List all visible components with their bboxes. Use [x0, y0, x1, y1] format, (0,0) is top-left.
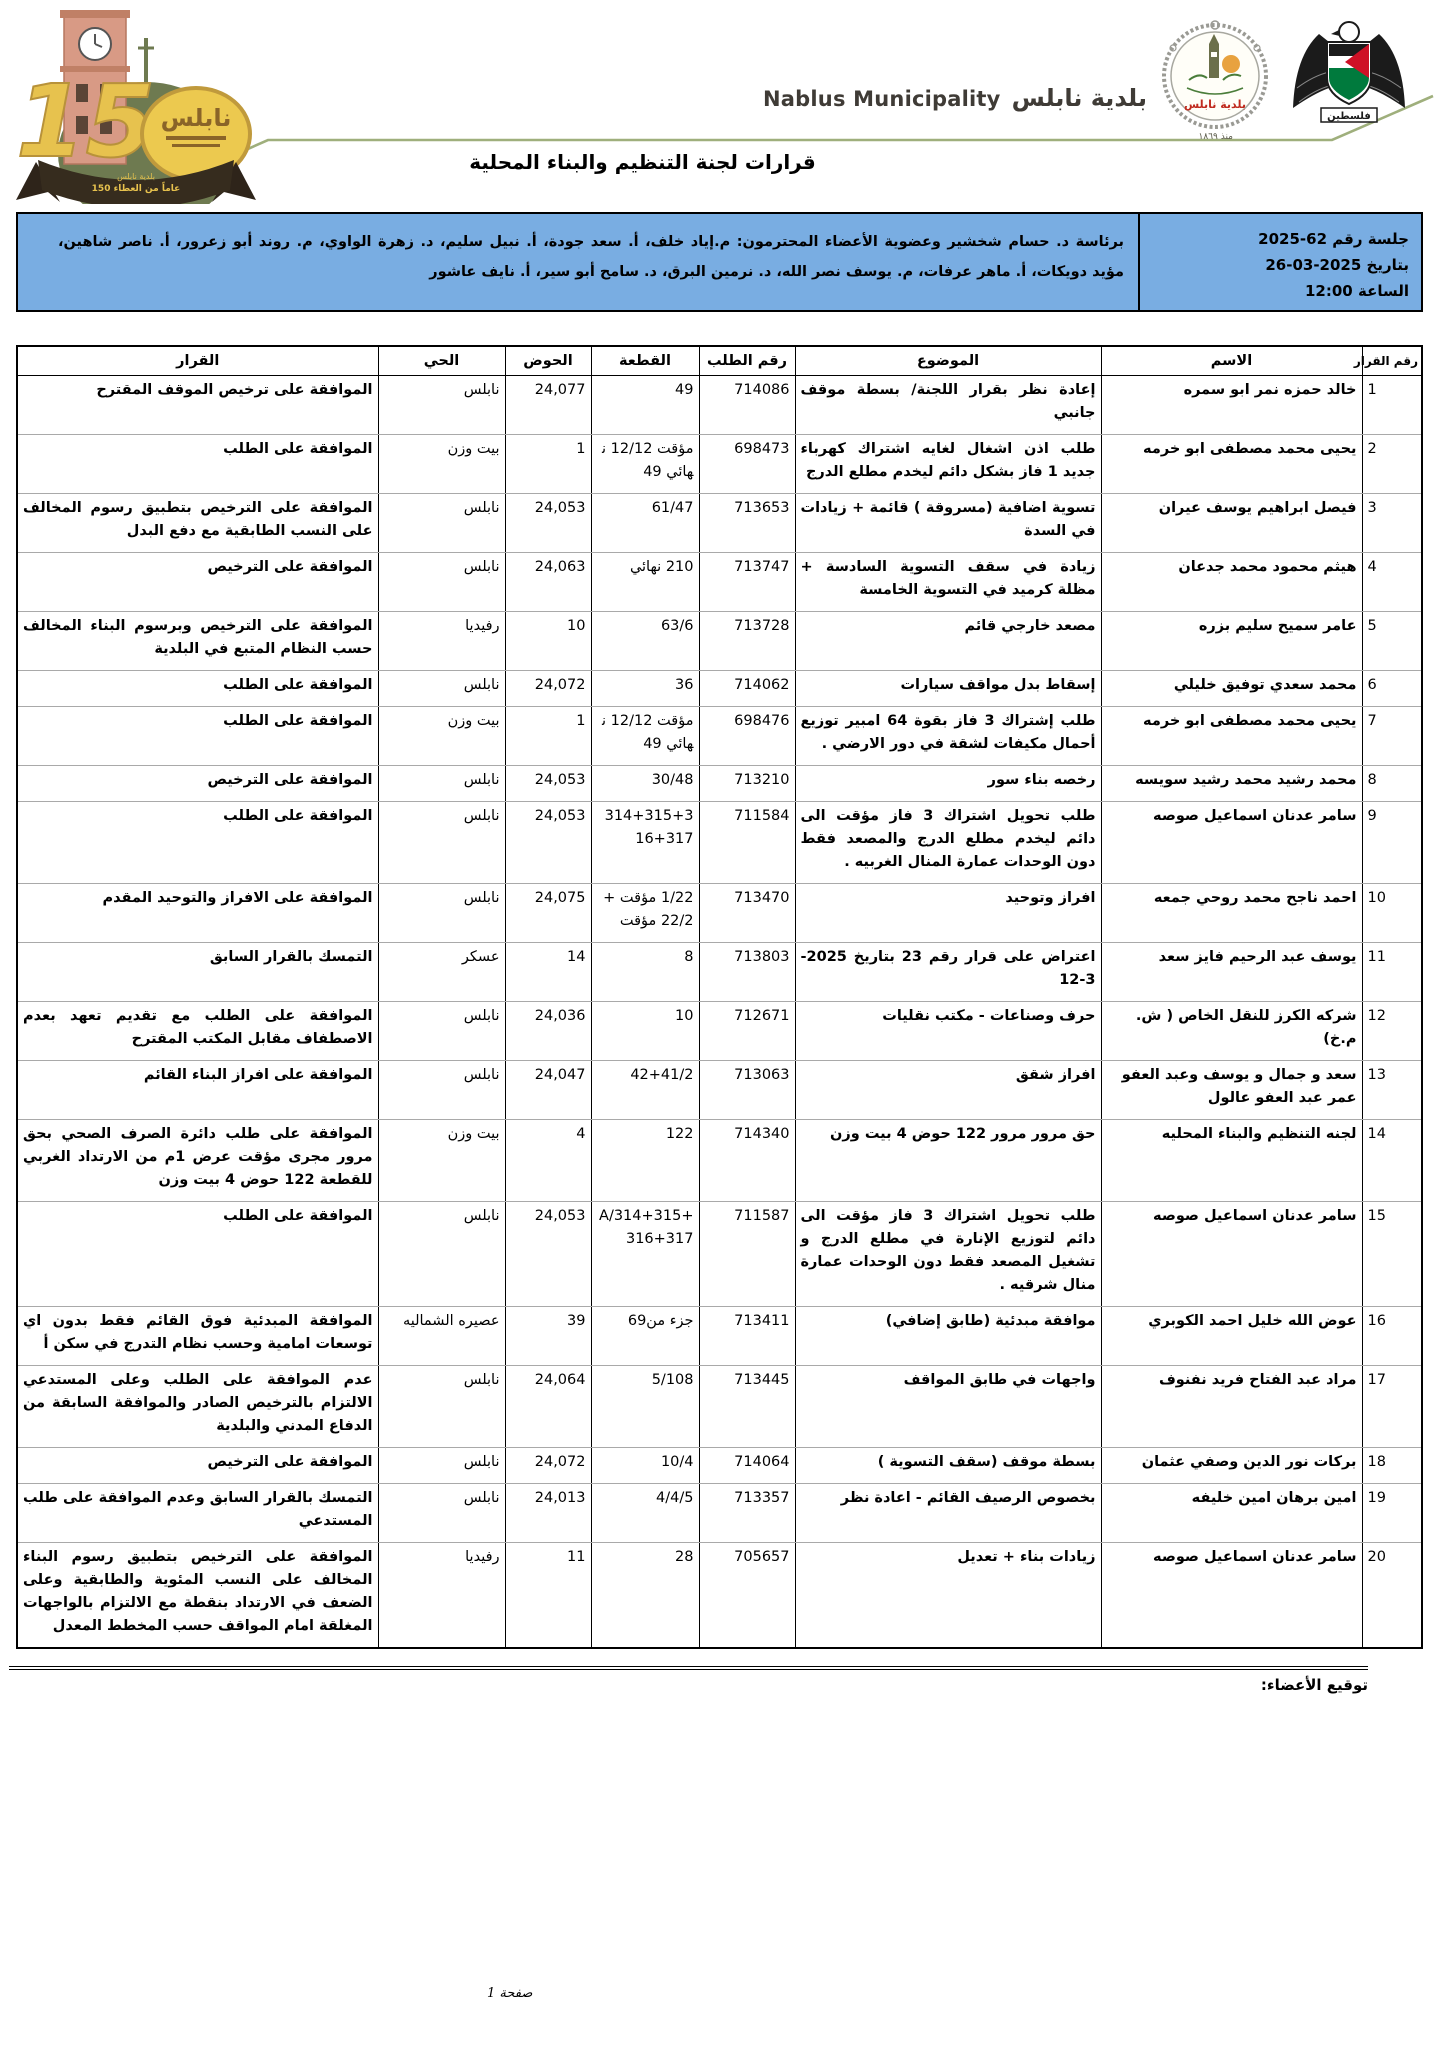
session-date: بتاريخ 2025-03-26 [1146, 252, 1409, 278]
palestine-eagle-emblem: فلسطين [1285, 16, 1413, 128]
brand-name-arabic: بلدية نابلس [1012, 84, 1147, 112]
table-row: 6محمد سعدي توفيق خليليإسقاط بدل مواقف سي… [17, 671, 1422, 707]
cell-subject: تسوية اضافية (مسروقة ) قائمة + زيادات في… [795, 494, 1101, 553]
cell-decision: الموافقة على الطلب [17, 1202, 378, 1307]
session-number: جلسة رقم 62-2025 [1146, 226, 1409, 252]
cell-decision: الموافقة على الطلب [17, 802, 378, 884]
table-row: 3فيصل ابراهيم يوسف عيرانتسوية اضافية (مس… [17, 494, 1422, 553]
cell-block: 24,013 [505, 1484, 591, 1543]
cell-decision: الموافقة على الترخيص [17, 1448, 378, 1484]
cell-district: نابلس [378, 1366, 505, 1448]
cell-subject: اعتراض على قرار رقم 23 بتاريخ 2025-3-12 [795, 943, 1101, 1002]
cell-no: 5 [1362, 612, 1422, 671]
cell-no: 20 [1362, 1543, 1422, 1649]
page-number: صفحة 1 [487, 1986, 532, 2001]
cell-request: 713653 [699, 494, 795, 553]
cell-no: 15 [1362, 1202, 1422, 1307]
eagle-banner: فلسطين [1321, 108, 1377, 122]
cell-plot: 4/4/5 [591, 1484, 699, 1543]
cell-subject: إسقاط بدل مواقف سيارات [795, 671, 1101, 707]
cell-block: 14 [505, 943, 591, 1002]
cell-decision: الموافقة المبدئية فوق القائم فقط بدون اي… [17, 1307, 378, 1366]
cell-plot: 1/22 مؤقت + 22/2 مؤقت [591, 884, 699, 943]
table-row: 7يحيى محمد مصطفى ابو خرمهطلب إشتراك 3 فا… [17, 707, 1422, 766]
column-header-plot: القطعة [591, 346, 699, 376]
cell-request: 713210 [699, 766, 795, 802]
decisions-table: رقم القرار الاسم الموضوع رقم الطلب القطع… [16, 345, 1423, 1649]
cell-block: 24,064 [505, 1366, 591, 1448]
flag-shield [1327, 42, 1371, 104]
table-row: 16عوض الله خليل احمد الكوبريموافقة مبدئي… [17, 1307, 1422, 1366]
cell-no: 12 [1362, 1002, 1422, 1061]
cell-subject: طلب اذن اشغال لغايه اشتراك كهرباء جديد 1… [795, 435, 1101, 494]
cell-subject: زيادة في سقف التسوية السادسة + مظلة كرمي… [795, 553, 1101, 612]
cell-no: 1 [1362, 376, 1422, 435]
cell-request: 713357 [699, 1484, 795, 1543]
cell-block: 24,047 [505, 1061, 591, 1120]
cell-decision: الموافقة على الطلب [17, 707, 378, 766]
cell-request: 713445 [699, 1366, 795, 1448]
cell-district: نابلس [378, 671, 505, 707]
table-header-row: رقم القرار الاسم الموضوع رقم الطلب القطع… [17, 346, 1422, 376]
cell-plot: 122 [591, 1120, 699, 1202]
table-row: 1خالد حمزه نمر ابو سمرهإعادة نظر بقرار ا… [17, 376, 1422, 435]
cell-plot: 314+315+316+317 [591, 802, 699, 884]
cell-subject: رخصه بناء سور [795, 766, 1101, 802]
brand-wordmark: Nablus Municipality بلدية نابلس [763, 84, 1147, 112]
cell-decision: الموافقة على الترخيص بتطبيق رسوم المخالف… [17, 494, 378, 553]
cell-plot: 28 [591, 1543, 699, 1649]
cell-decision: الموافقة على الترخيص بتطبيق رسوم البناء … [17, 1543, 378, 1649]
brand-name-english: Nablus Municipality [763, 87, 1001, 111]
cell-block: 24,063 [505, 553, 591, 612]
cell-block: 10 [505, 612, 591, 671]
cell-district: بيت وزن [378, 707, 505, 766]
document-title: قرارات لجنة التنظيم والبناء المحلية [0, 150, 1285, 174]
cell-district: رفيديا [378, 612, 505, 671]
cell-subject: طلب إشتراك 3 فاز بقوة 64 امبير توزيع أحم… [795, 707, 1101, 766]
eagle-beak [1331, 30, 1340, 36]
cell-subject: زيادات بناء + تعديل [795, 1543, 1101, 1649]
cell-no: 17 [1362, 1366, 1422, 1448]
cell-decision: الموافقة على افراز البناء القائم [17, 1061, 378, 1120]
cell-decision: الموافقة على طلب دائرة الصرف الصحي بحق م… [17, 1120, 378, 1202]
cell-name: سامر عدنان اسماعيل صوصه [1101, 802, 1362, 884]
cell-name: يوسف عبد الرحيم فايز سعد [1101, 943, 1362, 1002]
cell-plot: مؤقت 12/12 نهائي 49 [591, 707, 699, 766]
cell-decision: الموافقة على الطلب مع تقديم تعهد بعدم ال… [17, 1002, 378, 1061]
cell-district: نابلس [378, 1448, 505, 1484]
seal-arabic-name: بلدية نابلس [1184, 98, 1246, 111]
cell-subject: حرف وصناعات - مكتب نقليات [795, 1002, 1101, 1061]
cell-plot: جزء من69 [591, 1307, 699, 1366]
cell-district: نابلس [378, 553, 505, 612]
cell-district: عصيره الشماليه [378, 1307, 505, 1366]
cell-subject: بخصوص الرصيف القائم - اعادة نظر [795, 1484, 1101, 1543]
table-row: 13سعد و جمال و يوسف وعبد العفو عمر عبد ا… [17, 1061, 1422, 1120]
cell-district: عسكر [378, 943, 505, 1002]
cell-subject: طلب تحويل اشتراك 3 فاز مؤقت الى دائم ليخ… [795, 802, 1101, 884]
cell-district: نابلس [378, 1061, 505, 1120]
cell-plot: 49 [591, 376, 699, 435]
cell-block: 24,036 [505, 1002, 591, 1061]
cell-no: 6 [1362, 671, 1422, 707]
cell-subject: موافقة مبدئية (طابق إضافي) [795, 1307, 1101, 1366]
cell-district: نابلس [378, 1484, 505, 1543]
column-header-decision: القرار [17, 346, 378, 376]
table-row: 5عامر سميح سليم بزرهمصعد خارجي قائم71372… [17, 612, 1422, 671]
cell-decision: الموافقة على الترخيص وبرسوم البناء المخا… [17, 612, 378, 671]
seal-sun [1222, 55, 1240, 73]
column-header-decision-no: رقم القرار [1362, 346, 1422, 376]
cell-name: احمد ناجح محمد روحي جمعه [1101, 884, 1362, 943]
cell-decision: الموافقة على الترخيص [17, 553, 378, 612]
cell-name: يحيى محمد مصطفى ابو خرمه [1101, 707, 1362, 766]
cell-request: 711584 [699, 802, 795, 884]
page-header: 15 نابلس بلدية نابلس 150 عاماً من العطاء… [0, 0, 1439, 212]
column-header-subject: الموضوع [795, 346, 1101, 376]
cell-no: 3 [1362, 494, 1422, 553]
cell-district: نابلس [378, 494, 505, 553]
cell-name: عامر سميح سليم بزره [1101, 612, 1362, 671]
cell-district: رفيديا [378, 1543, 505, 1649]
logo-oval-text: نابلس [161, 104, 232, 132]
cell-no: 13 [1362, 1061, 1422, 1120]
table-row: 10احمد ناجح محمد روحي جمعهافراز وتوحيد71… [17, 884, 1422, 943]
seal-since-text: منذ ١٨٦٩ [1199, 132, 1233, 142]
cell-block: 1 [505, 707, 591, 766]
cell-plot: 42+41/2 [591, 1061, 699, 1120]
cell-block: 39 [505, 1307, 591, 1366]
cell-no: 16 [1362, 1307, 1422, 1366]
cell-block: 24,053 [505, 766, 591, 802]
cell-no: 14 [1362, 1120, 1422, 1202]
cell-subject: طلب تحويل اشتراك 3 فاز مؤقت الى دائم لتو… [795, 1202, 1101, 1307]
table-row: 17مراد عبد الفتاح فريد نفنوفواجهات في طا… [17, 1366, 1422, 1448]
cell-decision: الموافقة على الطلب [17, 435, 378, 494]
cell-subject: إعادة نظر بقرار اللجنة/ بسطة موقف جانبي [795, 376, 1101, 435]
cell-block: 24,075 [505, 884, 591, 943]
eagle-banner-text: فلسطين [1327, 111, 1371, 122]
cell-block: 4 [505, 1120, 591, 1202]
cell-request: 713728 [699, 612, 795, 671]
cell-district: بيت وزن [378, 435, 505, 494]
table-row: 4هيثم محمود محمد جدعانزيادة في سقف التسو… [17, 553, 1422, 612]
cell-request: 714086 [699, 376, 795, 435]
cell-no: 9 [1362, 802, 1422, 884]
cell-request: 713470 [699, 884, 795, 943]
cell-no: 18 [1362, 1448, 1422, 1484]
cell-no: 2 [1362, 435, 1422, 494]
cell-plot: 10/4 [591, 1448, 699, 1484]
members-signature-label: توقيع الأعضاء: [9, 1670, 1368, 1694]
cell-plot: 10 [591, 1002, 699, 1061]
cell-no: 19 [1362, 1484, 1422, 1543]
cell-request: 713747 [699, 553, 795, 612]
table-row: 18بركات نور الدين وصفي عثمانبسطة موقف (س… [17, 1448, 1422, 1484]
column-header-request-no: رقم الطلب [699, 346, 795, 376]
table-row: 11يوسف عبد الرحيم فايز سعداعتراض على قرا… [17, 943, 1422, 1002]
cell-request: 712671 [699, 1002, 795, 1061]
cell-subject: بسطة موقف (سقف التسوية ) [795, 1448, 1101, 1484]
cell-district: نابلس [378, 884, 505, 943]
cell-name: خالد حمزه نمر ابو سمره [1101, 376, 1362, 435]
cell-plot: 36 [591, 671, 699, 707]
cell-name: امين برهان امين خليفه [1101, 1484, 1362, 1543]
cell-block: 1 [505, 435, 591, 494]
cell-name: محمد رشيد محمد رشيد سويسه [1101, 766, 1362, 802]
cell-name: سامر عدنان اسماعيل صوصه [1101, 1543, 1362, 1649]
cell-plot: 63/6 [591, 612, 699, 671]
cell-request: 714064 [699, 1448, 795, 1484]
cell-decision: الموافقة على الترخيص [17, 766, 378, 802]
cell-name: شركه الكرز للنقل الخاص ( ش. م.خ) [1101, 1002, 1362, 1061]
nablus-150-years-logo: 15 نابلس بلدية نابلس 150 عاماً من العطاء [8, 4, 264, 204]
cell-block: 24,077 [505, 376, 591, 435]
table-row: 8محمد رشيد محمد رشيد سويسهرخصه بناء سور7… [17, 766, 1422, 802]
table-row: 14لجنه التنظيم والبناء المحليهحق مرور مر… [17, 1120, 1422, 1202]
session-info-box: جلسة رقم 62-2025 بتاريخ 2025-03-26 الساع… [16, 212, 1423, 312]
cell-subject: مصعد خارجي قائم [795, 612, 1101, 671]
cell-district: نابلس [378, 1002, 505, 1061]
cell-request: 714340 [699, 1120, 795, 1202]
eagle-head [1339, 22, 1359, 42]
cell-block: 24,072 [505, 671, 591, 707]
cell-no: 11 [1362, 943, 1422, 1002]
table-row: 15سامر عدنان اسماعيل صوصهطلب تحويل اشترا… [17, 1202, 1422, 1307]
cell-decision: الموافقة على ترخيص الموقف المقترح [17, 376, 378, 435]
cell-plot: 8 [591, 943, 699, 1002]
cell-district: نابلس [378, 802, 505, 884]
table-row: 12شركه الكرز للنقل الخاص ( ش. م.خ)حرف وص… [17, 1002, 1422, 1061]
cell-district: بيت وزن [378, 1120, 505, 1202]
cell-request: 713411 [699, 1307, 795, 1366]
cell-request: 711587 [699, 1202, 795, 1307]
cell-block: 24,053 [505, 802, 591, 884]
cell-decision: الموافقة على الطلب [17, 671, 378, 707]
table-row: 2يحيى محمد مصطفى ابو خرمهطلب اذن اشغال ل… [17, 435, 1422, 494]
column-header-name: الاسم [1101, 346, 1362, 376]
cell-request: 713803 [699, 943, 795, 1002]
signature-section: توقيع الأعضاء: [9, 1666, 1368, 1694]
cell-no: 8 [1362, 766, 1422, 802]
municipality-seal: بلدية نابلس [1159, 18, 1271, 136]
cell-plot: 5/108 [591, 1366, 699, 1448]
cell-subject: حق مرور مرور 122 حوض 4 بيت وزن [795, 1120, 1101, 1202]
cell-request: 713063 [699, 1061, 795, 1120]
table-row: 9سامر عدنان اسماعيل صوصهطلب تحويل اشتراك… [17, 802, 1422, 884]
cell-request: 705657 [699, 1543, 795, 1649]
cell-name: هيثم محمود محمد جدعان [1101, 553, 1362, 612]
cell-block: 24,072 [505, 1448, 591, 1484]
cell-name: يحيى محمد مصطفى ابو خرمه [1101, 435, 1362, 494]
cell-block: 24,053 [505, 494, 591, 553]
cell-plot: 30/48 [591, 766, 699, 802]
table-row: 20سامر عدنان اسماعيل صوصهزيادات بناء + ت… [17, 1543, 1422, 1649]
cell-decision: التمسك بالقرار السابق [17, 943, 378, 1002]
cell-decision: الموافقة على الافراز والتوحيد المقدم [17, 884, 378, 943]
cell-request: 698476 [699, 707, 795, 766]
cell-name: محمد سعدي توفيق خليلي [1101, 671, 1362, 707]
document-page: 15 نابلس بلدية نابلس 150 عاماً من العطاء… [0, 0, 1439, 2048]
cell-decision: التمسك بالقرار السابق وعدم الموافقة على … [17, 1484, 378, 1543]
session-time: الساعة 12:00 [1146, 278, 1409, 304]
cell-name: مراد عبد الفتاح فريد نفنوف [1101, 1366, 1362, 1448]
cell-district: نابلس [378, 766, 505, 802]
cell-plot: 61/47 [591, 494, 699, 553]
column-header-block: الحوض [505, 346, 591, 376]
cell-plot: A/314+315+316+317 [591, 1202, 699, 1307]
cell-block: 11 [505, 1543, 591, 1649]
session-meta: جلسة رقم 62-2025 بتاريخ 2025-03-26 الساع… [1138, 214, 1421, 310]
cell-decision: عدم الموافقة على الطلب وعلى المستدعي الا… [17, 1366, 378, 1448]
column-header-district: الحي [378, 346, 505, 376]
cell-district: نابلس [378, 376, 505, 435]
cell-no: 7 [1362, 707, 1422, 766]
cell-subject: افراز وتوحيد [795, 884, 1101, 943]
cell-request: 714062 [699, 671, 795, 707]
cell-name: عوض الله خليل احمد الكوبري [1101, 1307, 1362, 1366]
cell-plot: 210 نهائي [591, 553, 699, 612]
cell-block: 24,053 [505, 1202, 591, 1307]
cell-name: لجنه التنظيم والبناء المحليه [1101, 1120, 1362, 1202]
cell-subject: افراز شقق [795, 1061, 1101, 1120]
cell-name: سعد و جمال و يوسف وعبد العفو عمر عبد الع… [1101, 1061, 1362, 1120]
cell-name: بركات نور الدين وصفي عثمان [1101, 1448, 1362, 1484]
cell-district: نابلس [378, 1202, 505, 1307]
table-row: 19امين برهان امين خليفهبخصوص الرصيف القا… [17, 1484, 1422, 1543]
cell-no: 4 [1362, 553, 1422, 612]
cell-request: 698473 [699, 435, 795, 494]
session-attendees: برئاسة د. حسام شخشير وعضوية الأعضاء المح… [18, 214, 1138, 310]
decisions-table-body: 1خالد حمزه نمر ابو سمرهإعادة نظر بقرار ا… [17, 376, 1422, 1649]
cell-no: 10 [1362, 884, 1422, 943]
cell-subject: واجهات في طابق المواقف [795, 1366, 1101, 1448]
cell-name: فيصل ابراهيم يوسف عيران [1101, 494, 1362, 553]
cell-plot: مؤقت 12/12 نهائي 49 [591, 435, 699, 494]
cell-name: سامر عدنان اسماعيل صوصه [1101, 1202, 1362, 1307]
